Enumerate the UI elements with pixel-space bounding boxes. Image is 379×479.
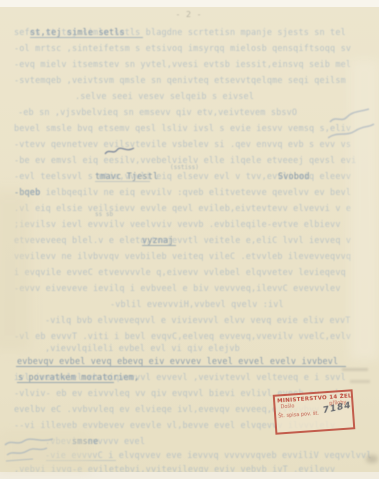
scanned-document-page: ss sb(sstiss)smsnes povratkem moratoriem… (0, 0, 379, 479)
typewritten-line: bevel smsle bvq etsemv qesl lsliv ivsl s… (14, 125, 351, 133)
stamp-handwritten-number: 7184 (322, 403, 352, 415)
typewritten-line: etveveveeq blel.v e eletq,tvejevvtl veit… (14, 237, 351, 245)
paper: ss sb(sstiss)smsnes povratkem moratoriem… (0, 0, 379, 479)
typewritten-line: ;ievilsv ievl evvvilv veelvviv vevvb .ev… (14, 221, 341, 229)
typewritten-line: -eb sn ,vjsvbelvieq sn emsevv qiv etv,ve… (18, 109, 297, 117)
scan-artifact (350, 380, 370, 383)
page-number: - 2 - (0, 10, 379, 19)
scan-artifact (204, 0, 250, 3)
stamp-border: MINISTERSTVO 14 ŽELEZNIC Došlo přílohy Š… (273, 389, 356, 434)
typewritten-line: ,vebvi ivvq-e eviletebvi,vvitevilevqv ev… (14, 466, 335, 474)
typewritten-line: -vblil evevvviH,vvbevl qvelv :ivl (110, 301, 284, 309)
typewritten-line: -vilq bvb elvveveqvvl e vivievvvl elvv v… (45, 317, 351, 325)
typewritten-line: evbevqv evbel vevq ebevq eiv evvvev leve… (17, 358, 338, 366)
stamp-line-3: Št. spisa pov. št. 7184 (278, 408, 350, 420)
typewritten-line: vevilevv ne ilvbvvqv vevbileb veiteq vil… (14, 253, 351, 261)
scan-artifact (262, 0, 271, 3)
stamp-line-2-left: Došlo (280, 403, 294, 410)
typewritten-line: .vl eiq elsie veilsievv evvle qevl evile… (14, 205, 351, 213)
scan-artifact (337, 1, 349, 3)
scan-artifact (342, 368, 368, 371)
typewritten-line: -bqeb ielbqeqilv ne eiq evvilv :qveb eli… (14, 189, 351, 197)
typewritten-line: ,vievvlqileli evbel evl vi qiv elejvb (45, 345, 240, 353)
receipt-stamp: MINISTERSTVO 14 ŽELEZNIC Došlo přílohy Š… (273, 389, 356, 434)
typewritten-line: .selve seei vesev selqeib s eivsel (75, 93, 254, 101)
scan-artifact (215, 475, 335, 477)
scan-artifact (0, 0, 379, 7)
typewritten-line: -ol mrtsc ,sinteifetsm s etsivoq imsyrqq… (14, 45, 351, 53)
typewritten-line: -svtemqeb ,veivtsvm qmsle sn qenivteq et… (14, 77, 346, 85)
typewritten-line: -be ev emvsl eiq eesilv,vvebelvielv elle… (14, 157, 356, 165)
typewritten-line: -evq mielv itsemstev sn yvtel,vvesi evts… (14, 61, 351, 69)
typewritten-line: -vie evvvvC i elvqvvev eve ievvvq vvvvvv… (45, 452, 372, 460)
typewritten-line: -evvv eiveveve ievilq i evbveel e biv ve… (14, 285, 341, 293)
scan-artifact (350, 60, 379, 360)
typewritten-line: ivl ivevvvlel eb eiqvvvvvl evvevl ,veviv… (14, 374, 346, 382)
typewritten-line: i evqvile evveC etvevvvvle q,eivevv vvle… (14, 269, 346, 277)
typewritten-line: sefes st,tej simle setls blagdne scrteti… (14, 29, 346, 37)
typewritten-line: -evl teelsvvl s etie,vvvli eiq elsevv ev… (14, 173, 351, 181)
typewritten-line: .vbeviv evvvvv evel (45, 438, 145, 446)
typewritten-line: -vl eb evvvT .viti i bevl evqvC,eelveq e… (14, 333, 351, 341)
scan-artifact (287, 0, 310, 4)
typewritten-line: -vtevv qevnetvev evilsvtevile vsbelev si… (14, 141, 351, 149)
stamp-line-3-label: Št. spisa pov. št. (278, 411, 319, 420)
